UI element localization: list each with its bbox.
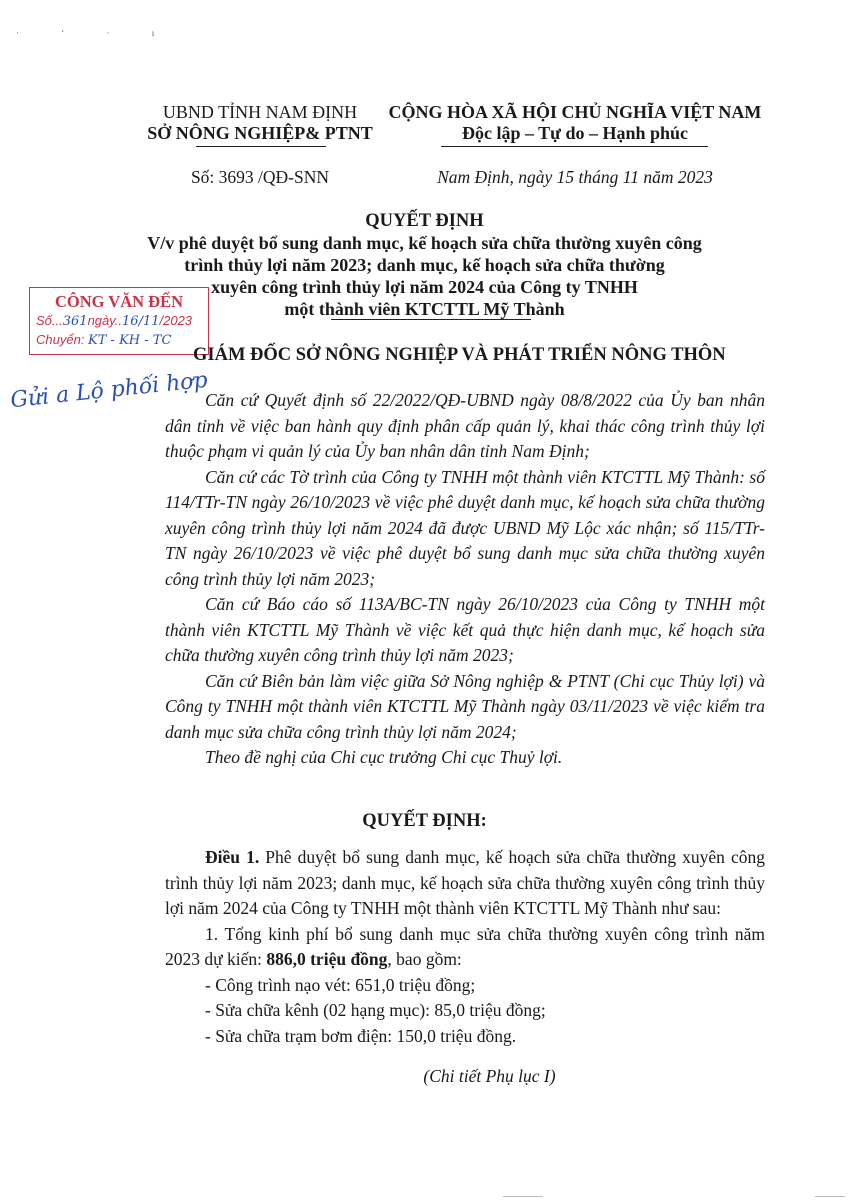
preamble-clause: Căn cứ các Tờ trình của Công ty TNHH một… [165, 465, 765, 593]
point-1-total: 886,0 triệu đồng [266, 949, 387, 969]
subject-line: V/v phê duyệt bổ sung danh mục, kế hoạch… [0, 232, 849, 254]
document-number: Số: 3693 /QĐ-SNN [128, 167, 392, 188]
stamp-heading: CÔNG VĂN ĐẾN [30, 292, 208, 312]
title-underline [331, 319, 531, 320]
cost-item: - Sửa chữa trạm bơm điện: 150,0 triệu đồ… [165, 1024, 765, 1050]
agency-underline [196, 146, 326, 147]
preamble-clause: Theo đề nghị của Chi cục trưởng Chi cục … [165, 745, 765, 771]
article-1-intro: Điều 1. Phê duyệt bổ sung danh mục, kế h… [165, 845, 765, 922]
preamble-clause: Căn cứ Quyết định số 22/2022/QĐ-UBND ngà… [165, 388, 765, 465]
preamble-clause: Căn cứ Báo cáo số 113A/BC-TN ngày 26/10/… [165, 592, 765, 669]
point-1: 1. Tổng kinh phí bổ sung danh mục sửa ch… [165, 922, 765, 973]
agency-parent: UBND TỈNH NAM ĐỊNH [128, 102, 392, 123]
cost-item: - Công trình nạo vét: 651,0 triệu đồng; [165, 973, 765, 999]
national-title-block: CỘNG HÒA XÃ HỘI CHỦ NGHĨA VIỆT NAM Độc l… [380, 102, 770, 144]
article-label: Điều 1. [205, 847, 259, 867]
stamp-year: /2023 [160, 313, 193, 328]
motto: Độc lập – Tự do – Hạnh phúc [380, 123, 770, 144]
issuing-agency-block: UBND TỈNH NAM ĐỊNH SỞ NÔNG NGHIỆP& PTNT [128, 102, 392, 144]
stamp-number-line: Số...361ngày..16/11/2023 [36, 313, 192, 329]
director-heading: GIÁM ĐỐC SỞ NÔNG NGHIỆP VÀ PHÁT TRIỂN NÔ… [193, 345, 726, 366]
stamp-number-label: Số... [36, 313, 63, 328]
point-1-text: 1. Tổng kinh phí bổ sung danh mục sửa ch… [165, 924, 765, 970]
place-date: Nam Định, ngày 15 tháng 11 năm 2023 [380, 167, 770, 188]
scan-mark [503, 1196, 543, 1197]
incoming-document-stamp: CÔNG VĂN ĐẾN Số...361ngày..16/11/2023 Ch… [29, 287, 209, 355]
cost-item: - Sửa chữa kênh (02 hạng mục): 85,0 triệ… [165, 998, 765, 1024]
stamp-number-value: 361 [63, 314, 88, 329]
scan-mark [815, 1196, 845, 1197]
scan-specks: · ‘ · ı [16, 28, 174, 38]
appendix-reference: (Chi tiết Phụ lục I) [0, 1066, 849, 1087]
point-1-suffix: , bao gồm: [387, 949, 461, 969]
stamp-date-label: ngày.. [88, 313, 122, 328]
agency-name: SỞ NÔNG NGHIỆP& PTNT [128, 123, 392, 144]
motto-underline [441, 146, 708, 147]
preamble: Căn cứ Quyết định số 22/2022/QĐ-UBND ngà… [165, 388, 765, 771]
article-1: Điều 1. Phê duyệt bổ sung danh mục, kế h… [165, 845, 765, 1049]
stamp-date-value: 16/11 [122, 314, 159, 329]
document-title: QUYẾT ĐỊNH [0, 210, 849, 232]
subject-line: trình thủy lợi năm 2023; danh mục, kế ho… [0, 254, 849, 276]
stamp-forward-line: Chuyển: KT - KH - TC [36, 332, 171, 348]
country-name: CỘNG HÒA XÃ HỘI CHỦ NGHĨA VIỆT NAM [380, 102, 770, 123]
stamp-forward-value: KT - KH - TC [88, 333, 171, 348]
decision-heading: QUYẾT ĐỊNH: [0, 811, 849, 832]
stamp-forward-label: Chuyển: [36, 332, 84, 347]
preamble-clause: Căn cứ Biên bản làm việc giữa Sở Nông ng… [165, 669, 765, 746]
